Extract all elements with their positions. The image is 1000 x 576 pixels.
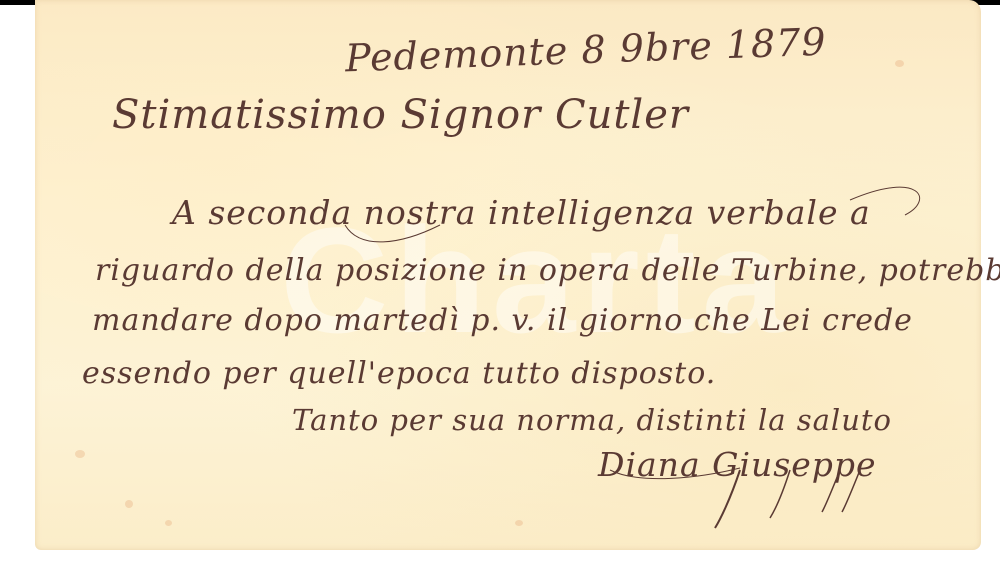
- signature: Diana Giuseppe: [598, 445, 877, 484]
- body-line-3: mandare dopo martedì p. v. il giorno che…: [92, 303, 913, 338]
- foxing-spot: [75, 450, 85, 458]
- body-line-1: A seconda nostra intelligenza verbale a: [172, 193, 871, 232]
- foxing-spot: [165, 520, 172, 526]
- foxing-spot: [125, 500, 133, 508]
- closing-line: Tanto per sua norma, distinti la saluto: [292, 403, 892, 437]
- body-line-2: riguardo della posizione in opera delle …: [95, 253, 1000, 288]
- body-line-4: essendo per quell'epoca tutto disposto.: [82, 356, 716, 391]
- salutation: Stimatissimo Signor Cutler: [112, 92, 689, 138]
- foxing-spot: [515, 520, 523, 526]
- foxing-spot: [895, 60, 904, 67]
